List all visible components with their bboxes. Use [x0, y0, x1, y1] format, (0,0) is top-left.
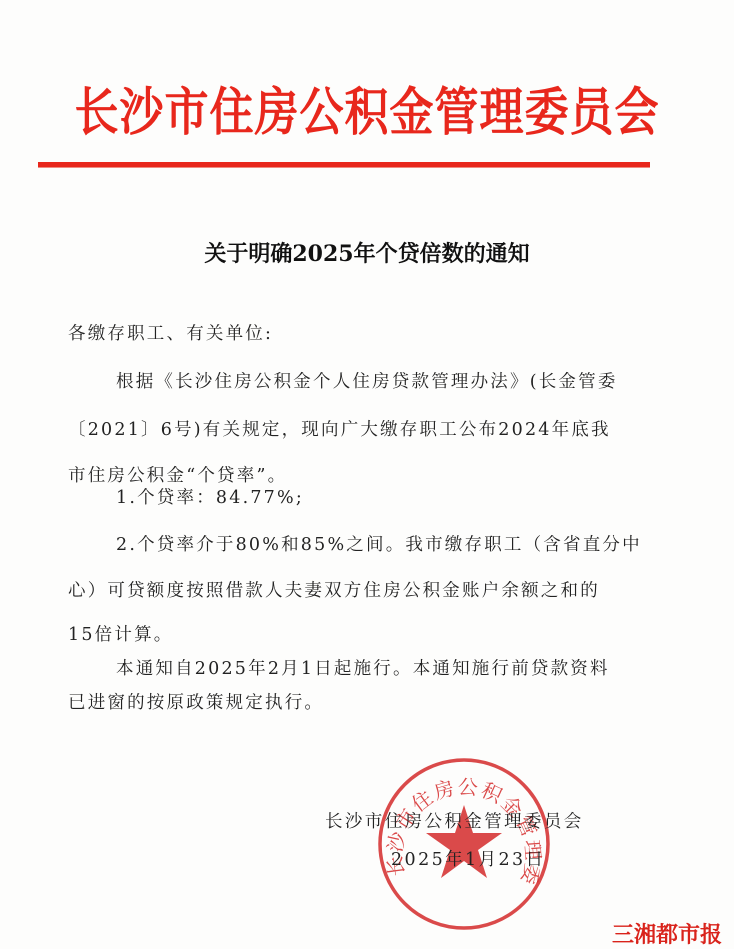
document-title: 关于明确2025年个贷倍数的通知: [0, 237, 734, 268]
body-line-1: 根据《长沙住房公积金个人住房贷款管理办法》(长金管委: [116, 368, 618, 393]
salutation: 各缴存职工、有关单位:: [68, 320, 273, 345]
header-divider: [38, 162, 650, 168]
issuer-header-title: 长沙市住房公积金管理委员会: [0, 70, 734, 146]
newspaper-watermark-logo: 三湘都市报: [612, 918, 722, 949]
item-2-line-2: 心）可贷额度按照借款人夫妻双方住房公积金账户余额之和的: [68, 577, 600, 602]
effective-line-1: 本通知自2025年2月1日起施行。本通知施行前贷款资料: [116, 655, 610, 680]
item-1-loan-rate: 1.个贷率：84.77%;: [116, 484, 304, 509]
signature-issuer: 长沙市住房公积金管理委员会: [325, 808, 584, 833]
body-line-2: 〔2021〕6号)有关规定，现向广大缴存职工公布2024年底我: [68, 416, 611, 441]
effective-line-2: 已进窗的按原政策规定执行。: [68, 689, 324, 714]
item-2-line-1: 2.个贷率介于80%和85%之间。我市缴存职工（含省直分中: [116, 531, 642, 556]
signature-date: 2025年1月23日: [391, 846, 545, 871]
item-2-line-3: 15倍计算。: [68, 621, 173, 646]
official-seal-stamp: 长沙市住房公积金管理委员会: [375, 755, 553, 933]
